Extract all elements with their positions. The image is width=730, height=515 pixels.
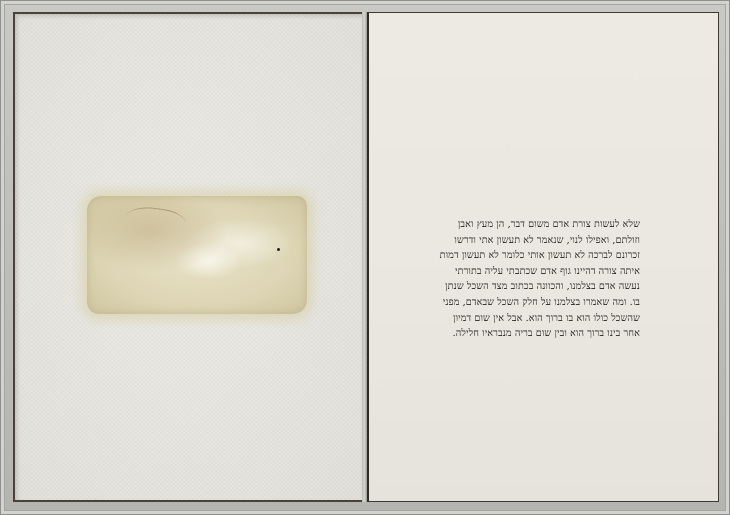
text-panel: שלא לעשות צורת אדם משום דבר, הן מעץ ואבן…: [367, 12, 719, 502]
text-line: שהשכל כולו הוא בו ברוך הוא. אבל אין שום …: [428, 311, 640, 327]
text-line: איתה צורה דהיינו גוף אדם שכתבתי עליה בתו…: [428, 264, 640, 280]
plaster-speck: [277, 248, 280, 251]
text-line: אחר בינו ברוך הוא ובין שום בריה מנבראיו …: [428, 326, 640, 342]
text-line: בו. ומה שאמרו בצלמנו על חלק השכל שבאדם, …: [428, 295, 640, 311]
plaster-crack: [123, 204, 186, 239]
artwork-frame: שלא לעשות צורת אדם משום דבר, הן מעץ ואבן…: [0, 0, 730, 515]
text-line: זכרונם לברכה לא תעשון אותי כלומר לא תעשו…: [428, 248, 640, 264]
text-line: נעשה אדם בצלמנו, והכוונה בכתוב מצד השכל …: [428, 279, 640, 295]
plaster-relief: [87, 196, 307, 314]
hebrew-text-block: שלא לעשות צורת אדם משום דבר, הן מעץ ואבן…: [428, 217, 640, 342]
text-line: וזולתם, ואפילו לנוי, שנאמר לא תעשון אתי …: [428, 233, 640, 249]
text-line: שלא לעשות צורת אדם משום דבר, הן מעץ ואבן: [428, 217, 640, 233]
canvas-panel: [13, 12, 363, 502]
